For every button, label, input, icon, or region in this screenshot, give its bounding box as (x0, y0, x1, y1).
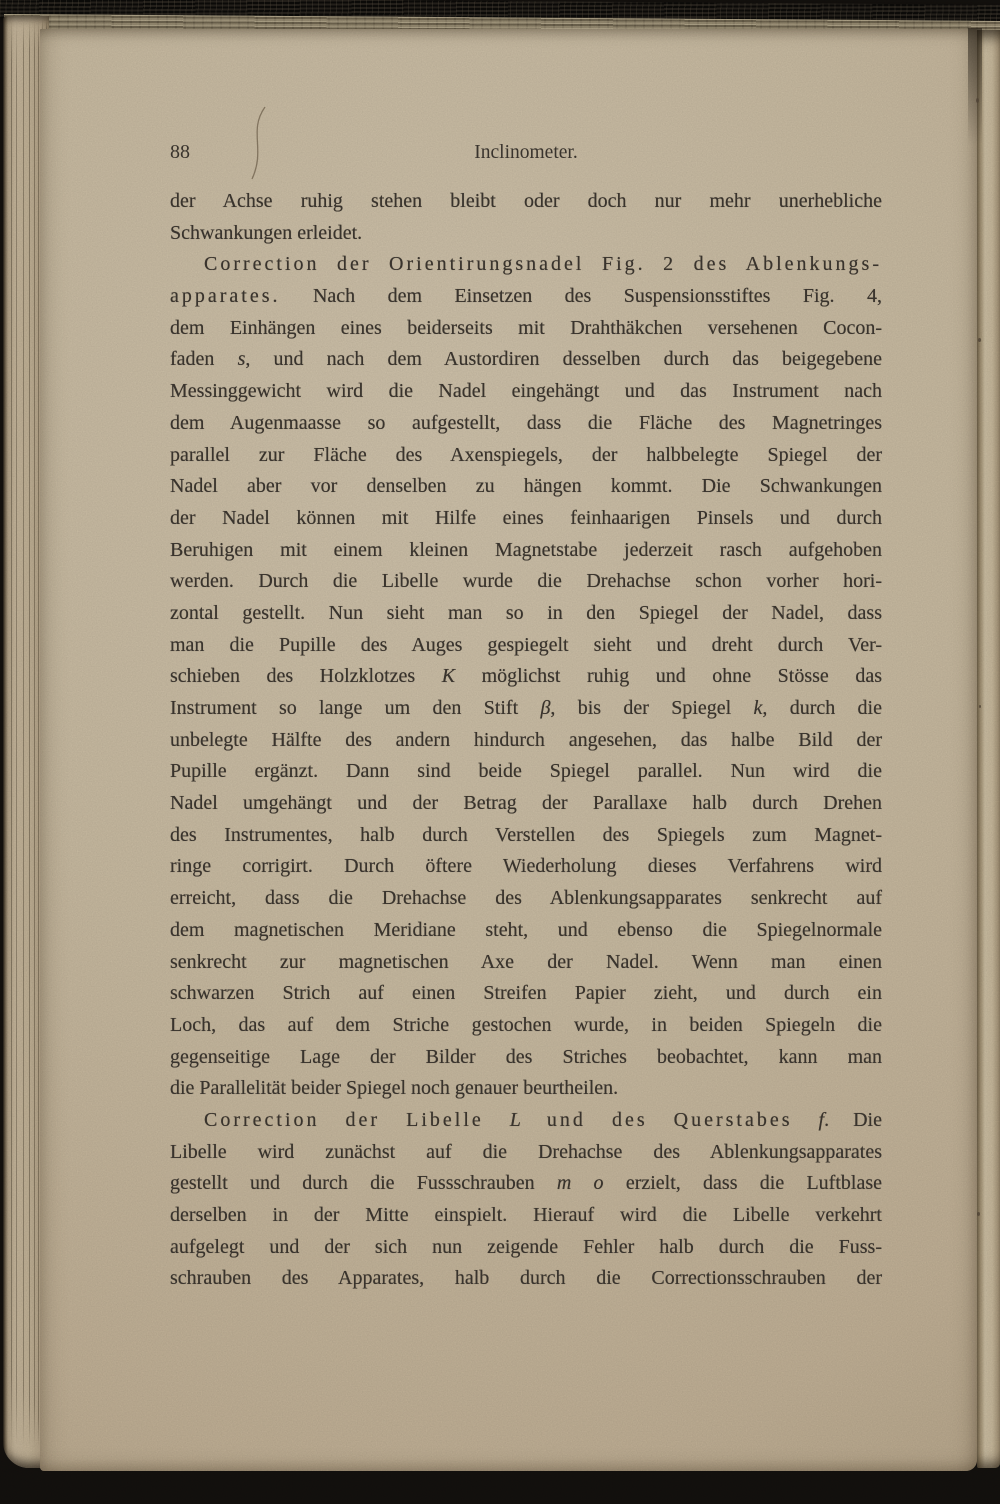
text-segment: schwarzen Strich auf einen Streifen Papi… (170, 982, 882, 1004)
text-line: Instrument so lange um den Stift β, bis … (170, 693, 882, 725)
text-line: des Instrumentes, halb durch Verstellen … (170, 820, 882, 852)
text-line: Messinggewicht wird die Nadel eingehängt… (170, 376, 882, 408)
text-segment: unbelegte Hälfte des andern hindurch ang… (170, 729, 882, 751)
text-line: aufgelegt und der sich nun zeigende Fehl… (170, 1232, 882, 1264)
text-line: faden s, und nach dem Austordiren dessel… (170, 344, 882, 376)
text-segment: dem magnetischen Meridiane steht, und eb… (170, 919, 882, 941)
dust-speck (978, 338, 981, 342)
dust-speck (979, 705, 981, 708)
text-segment: K (442, 665, 455, 687)
text-line: man die Pupille des Auges gespiegelt sie… (170, 630, 882, 662)
text-line: die Parallelität beider Spiegel noch gen… (170, 1073, 882, 1105)
text-line: derselben in der Mitte einspielt. Hierau… (170, 1200, 882, 1232)
text-segment: Beruhigen mit einem kleinen Magnetstabe … (170, 539, 882, 561)
text-segment: erreicht, dass die Drehachse des Ablenku… (170, 887, 882, 909)
text-line: werden. Durch die Libelle wurde die Dreh… (170, 566, 882, 598)
text-segment: Pupille ergänzt. Dann sind beide Spiegel… (170, 760, 882, 782)
text-line: Schwankungen erleidet. (170, 218, 882, 250)
text-line: Nadel aber vor denselben zu hängen kommt… (170, 471, 882, 503)
text-line: senkrecht zur magnetischen Axe der Nadel… (170, 947, 882, 979)
text-segment: der Achse ruhig stehen bleibt oder doch … (170, 190, 882, 212)
text-line: apparates. Nach dem Einsetzen des Suspen… (170, 281, 882, 313)
text-segment: die Parallelität beider Spiegel noch gen… (170, 1077, 618, 1099)
text-line: Beruhigen mit einem kleinen Magnetstabe … (170, 535, 882, 567)
text-line: Pupille ergänzt. Dann sind beide Spiegel… (170, 756, 882, 788)
text-segment: β (540, 697, 550, 719)
text-line: schwarzen Strich auf einen Streifen Papi… (170, 978, 882, 1010)
text-segment: Libelle wird zunächst auf die Drehachse … (170, 1141, 882, 1163)
book-page: 88 Inclinometer. der Achse ruhig stehen … (40, 29, 977, 1471)
text-segment: L (510, 1109, 521, 1131)
text-line: zontal gestellt. Nun sieht man so in den… (170, 598, 882, 630)
text-segment: gestellt und durch die Fussschrauben (170, 1172, 557, 1194)
text-segment: erzielt, dass die Luftblase (604, 1172, 882, 1194)
text-line: ringe corrigirt. Durch öftere Wiederholu… (170, 851, 882, 883)
dust-speck (977, 1212, 980, 1216)
text-line: der Nadel können mit Hilfe eines feinhaa… (170, 503, 882, 535)
adjacent-page-fore-edge (977, 30, 1000, 1468)
page-edge-line (16, 20, 17, 1446)
text-segment: schrauben des Apparates, halb durch die … (170, 1267, 882, 1289)
text-segment: . Die (824, 1109, 882, 1131)
page-edge-line (34, 20, 35, 1446)
text-segment: man die Pupille des Auges gespiegelt sie… (170, 634, 882, 656)
text-segment: schieben des Holzklotzes (170, 665, 442, 687)
text-segment: dem Augenmaasse so aufgestellt, dass die… (170, 412, 882, 434)
text-segment: m o (557, 1172, 604, 1194)
page-header: 88 Inclinometer. (170, 141, 882, 165)
text-line: der Achse ruhig stehen bleibt oder doch … (170, 186, 882, 218)
text-line: Correction der Orientirungsnadel Fig. 2 … (170, 249, 882, 281)
text-segment: und des Querstabes (521, 1109, 819, 1131)
text-segment: der Nadel können mit Hilfe eines feinhaa… (170, 507, 882, 529)
text-line: Nadel umgehängt und der Betrag der Paral… (170, 788, 882, 820)
text-line: gegenseitige Lage der Bilder des Striche… (170, 1042, 882, 1074)
body-text-block: der Achse ruhig stehen bleibt oder doch … (170, 186, 882, 1295)
text-line: dem Augenmaasse so aufgestellt, dass die… (170, 408, 882, 440)
text-line: Correction der Libelle L und des Quersta… (170, 1105, 882, 1137)
page-edge-line (11, 20, 12, 1446)
page-edge-line (38, 20, 39, 1446)
text-segment: , bis der Spiegel (550, 697, 753, 719)
text-segment: Correction der Orientirungsnadel Fig. 2 … (204, 253, 882, 275)
text-line: erreicht, dass die Drehachse des Ablenku… (170, 883, 882, 915)
text-line: parallel zur Fläche des Axenspiegels, de… (170, 440, 882, 472)
text-segment: des Instrumentes, halb durch Verstellen … (170, 824, 882, 846)
text-segment: faden (170, 348, 238, 370)
scanned-book-photo: 88 Inclinometer. der Achse ruhig stehen … (0, 0, 1000, 1504)
text-segment: möglichst ruhig und ohne Stösse das (455, 665, 882, 687)
text-segment: apparates. (170, 285, 281, 307)
text-segment: Correction der Libelle (204, 1109, 510, 1131)
text-segment: Messinggewicht wird die Nadel eingehängt… (170, 380, 882, 402)
text-line: gestellt und durch die Fussschrauben m o… (170, 1168, 882, 1200)
text-line: Libelle wird zunächst auf die Drehachse … (170, 1137, 882, 1169)
page-edge-line (23, 20, 24, 1446)
text-segment: derselben in der Mitte einspielt. Hierau… (170, 1204, 882, 1226)
text-segment: Instrument so lange um den Stift (170, 697, 540, 719)
dust-speck (976, 98, 979, 103)
text-line: Loch, das auf dem Striche gestochen wurd… (170, 1010, 882, 1042)
page-edge-line (29, 20, 30, 1446)
text-segment: gegenseitige Lage der Bilder des Striche… (170, 1046, 882, 1068)
text-line: schieben des Holzklotzes K möglichst ruh… (170, 661, 882, 693)
text-segment: aufgelegt und der sich nun zeigende Fehl… (170, 1236, 882, 1258)
text-segment: werden. Durch die Libelle wurde die Dreh… (170, 570, 882, 592)
text-segment: parallel zur Fläche des Axenspiegels, de… (170, 444, 882, 466)
hair-fiber-artifact (243, 105, 273, 183)
text-segment: zontal gestellt. Nun sieht man so in den… (170, 602, 882, 624)
text-segment: , und nach dem Austordiren desselben dur… (245, 348, 882, 370)
gutter-seam-shadow (968, 28, 982, 158)
text-line: schrauben des Apparates, halb durch die … (170, 1263, 882, 1295)
text-segment: Nadel aber vor denselben zu hängen kommt… (170, 475, 882, 497)
text-segment: Nadel umgehängt und der Betrag der Paral… (170, 792, 882, 814)
text-line: dem magnetischen Meridiane steht, und eb… (170, 915, 882, 947)
text-line: dem Einhängen eines beiderseits mit Drah… (170, 313, 882, 345)
text-segment: , durch die (762, 697, 882, 719)
text-segment: ringe corrigirt. Durch öftere Wiederholu… (170, 855, 882, 877)
text-segment: Schwankungen erleidet. (170, 222, 362, 244)
text-segment: senkrecht zur magnetischen Axe der Nadel… (170, 951, 882, 973)
text-segment: Nach dem Einsetzen des Suspensionsstifte… (281, 285, 882, 307)
text-segment: Loch, das auf dem Striche gestochen wurd… (170, 1014, 882, 1036)
text-line: unbelegte Hälfte des andern hindurch ang… (170, 725, 882, 757)
text-segment: dem Einhängen eines beiderseits mit Drah… (170, 317, 882, 339)
running-title: Inclinometer. (170, 142, 882, 164)
